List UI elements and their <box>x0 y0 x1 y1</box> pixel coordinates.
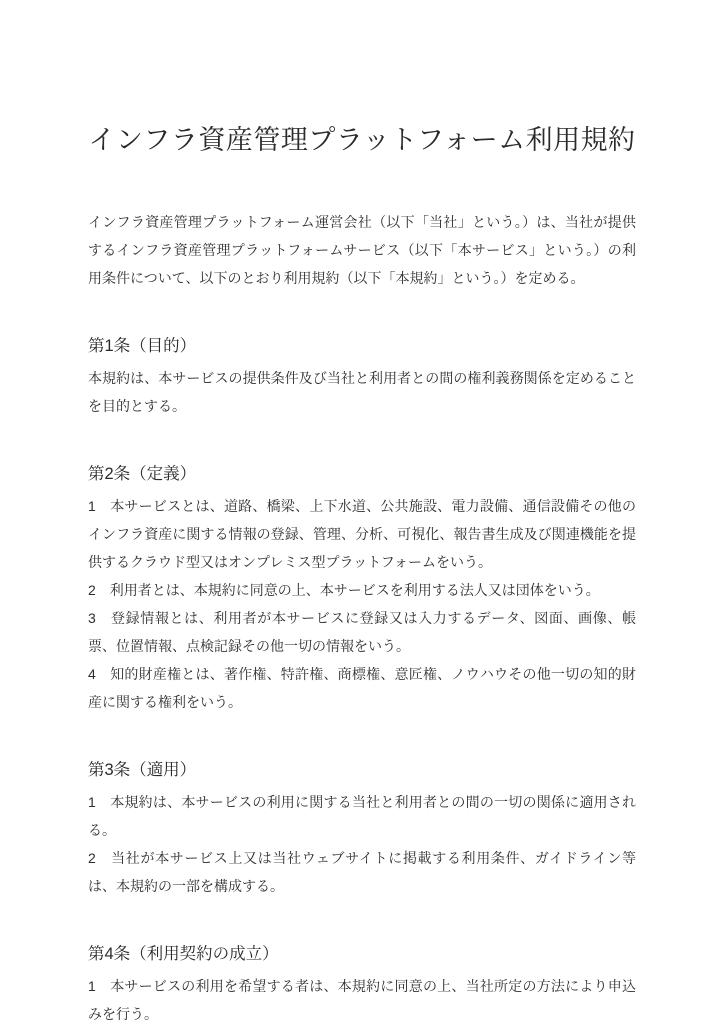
article-1-heading: 第1条（目的） <box>88 334 636 358</box>
document-page: インフラ資産管理プラットフォーム利用規約 インフラ資産管理プラットフォーム運営会… <box>0 0 724 1024</box>
article-4-item-1: 1 本サービスの利用を希望する者は、本規約に同意の上、当社所定の方法により申込み… <box>88 972 636 1024</box>
section-article-1: 第1条（目的） 本規約は、本サービスの提供条件及び当社と利用者との間の権利義務関… <box>88 334 636 420</box>
article-3-heading: 第3条（適用） <box>88 758 636 782</box>
article-2-item-1: 1 本サービスとは、道路、橋梁、上下水道、公共施設、電力設備、通信設備その他のイ… <box>88 492 636 576</box>
document-content: インフラ資産管理プラットフォーム利用規約 インフラ資産管理プラットフォーム運営会… <box>0 122 724 1024</box>
article-2-item-4: 4 知的財産権とは、著作権、特許権、商標権、意匠権、ノウハウその他一切の知的財産… <box>88 660 636 716</box>
intro-paragraph: インフラ資産管理プラットフォーム運営会社（以下「当社」という。）は、当社が提供す… <box>88 208 636 292</box>
section-article-3: 第3条（適用） 1 本規約は、本サービスの利用に関する当社と利用者との間の一切の… <box>88 758 636 900</box>
article-2-heading: 第2条（定義） <box>88 462 636 486</box>
section-article-4: 第4条（利用契約の成立） 1 本サービスの利用を希望する者は、本規約に同意の上、… <box>88 942 636 1024</box>
article-2-item-2: 2 利用者とは、本規約に同意の上、本サービスを利用する法人又は団体をいう。 <box>88 576 636 604</box>
section-article-2: 第2条（定義） 1 本サービスとは、道路、橋梁、上下水道、公共施設、電力設備、通… <box>88 462 636 716</box>
article-4-heading: 第4条（利用契約の成立） <box>88 942 636 966</box>
article-3-item-1: 1 本規約は、本サービスの利用に関する当社と利用者との間の一切の関係に適用される… <box>88 788 636 844</box>
document-title: インフラ資産管理プラットフォーム利用規約 <box>88 122 636 158</box>
article-1-paragraph: 本規約は、本サービスの提供条件及び当社と利用者との間の権利義務関係を定めることを… <box>88 364 636 420</box>
article-3-item-2: 2 当社が本サービス上又は当社ウェブサイトに掲載する利用条件、ガイドライン等は、… <box>88 844 636 900</box>
article-2-item-3: 3 登録情報とは、利用者が本サービスに登録又は入力するデータ、図面、画像、帳票、… <box>88 604 636 660</box>
